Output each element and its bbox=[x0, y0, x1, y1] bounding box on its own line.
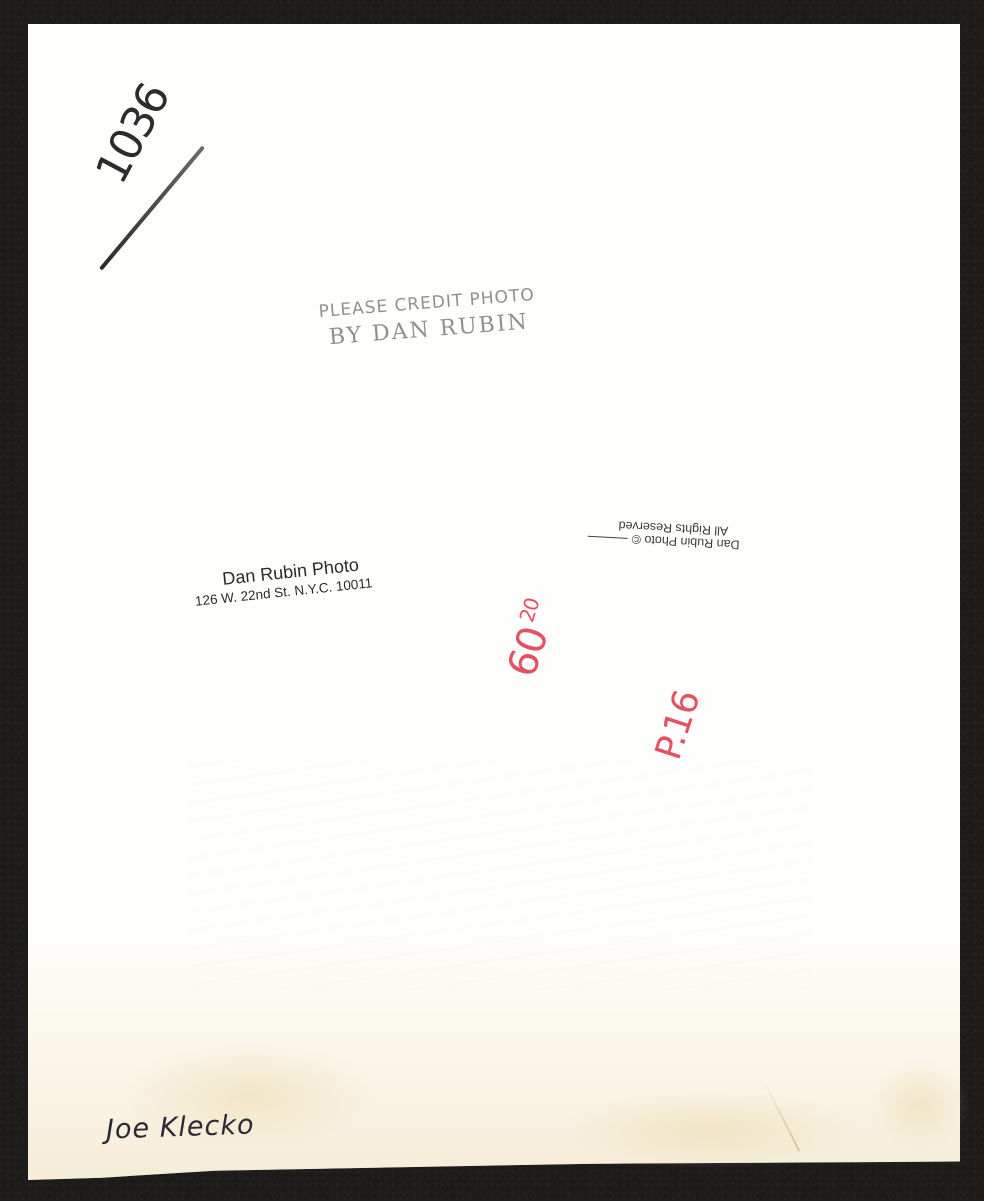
handwritten-subject-name: Joe Klecko bbox=[106, 1109, 255, 1145]
photo-reverse-side bbox=[28, 24, 960, 1180]
image-show-through bbox=[190, 760, 810, 990]
toning-stain bbox=[560, 1090, 860, 1170]
copyright-rule-line bbox=[588, 536, 628, 539]
toning-stain bbox=[870, 1060, 970, 1150]
